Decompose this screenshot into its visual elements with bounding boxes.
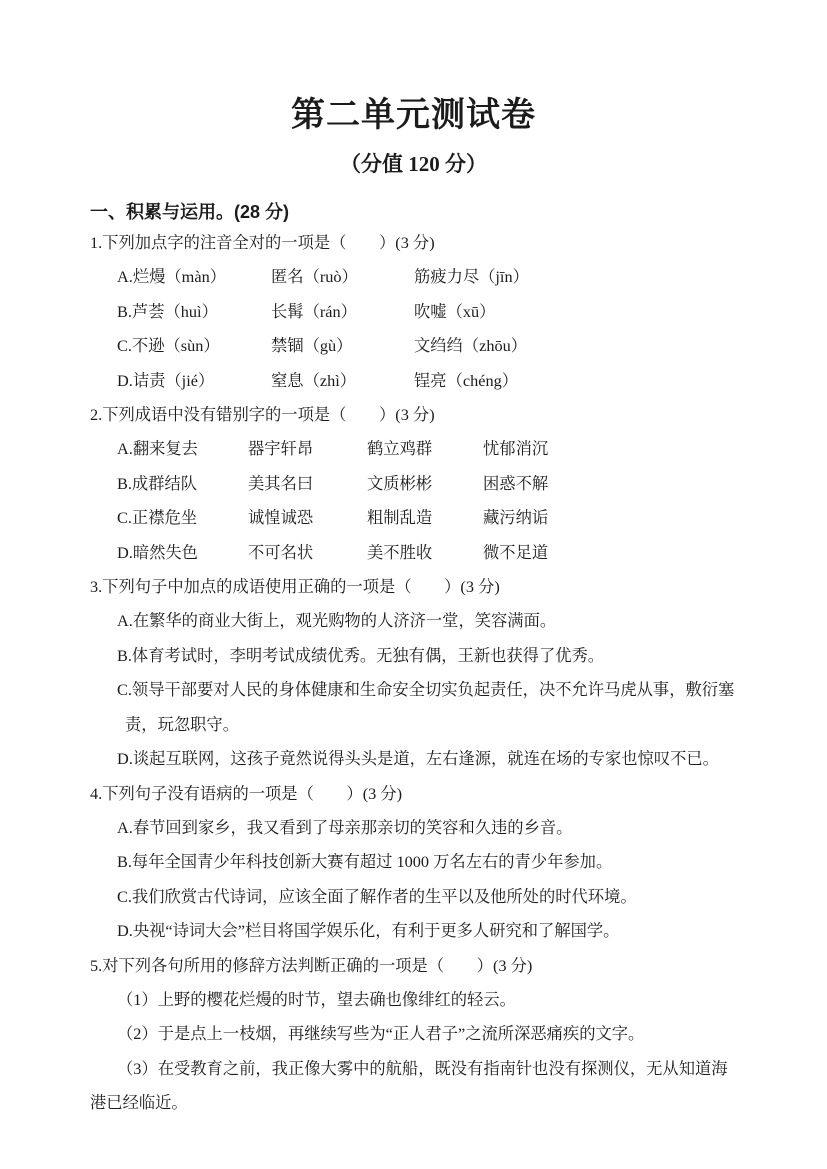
questions-block: 1.下列加点字的注音全对的一项是（ ）(3 分) A.烂熳（màn）匿名（ruò…: [90, 226, 737, 1121]
question-5: 5.对下列各句所用的修辞方法判断正确的一项是（ ）(3 分) （1）上野的樱花烂…: [90, 949, 737, 1121]
test-paper-page: 第二单元测试卷 （分值 120 分） 一、积累与运用。(28 分) 1.下列加点…: [0, 0, 827, 1169]
question-4-option-d: D.央视“诗词大会”栏目将国学娱乐化，有利于更多人研究和了解国学。: [90, 914, 737, 948]
option-cell: D.暗然失色: [117, 536, 248, 570]
option-cell: B.成群结队: [117, 467, 248, 501]
option-cell: 匿名（ruò）: [271, 260, 414, 294]
option-cell: 禁锢（gù）: [271, 329, 414, 363]
question-3-option-c: C.领导干部要对人民的身体健康和生命安全切实负起责任，决不允许马虎从事，敷衍塞责…: [90, 673, 737, 742]
option-cell: 困惑不解: [483, 467, 548, 501]
question-1-option-row-d: D.诘责（jié）窒息（zhì）锃亮（chéng）: [90, 364, 737, 398]
question-1: 1.下列加点字的注音全对的一项是（ ）(3 分) A.烂熳（màn）匿名（ruò…: [90, 226, 737, 398]
option-cell: 窒息（zhì）: [271, 364, 414, 398]
question-4-option-a: A.春节回到家乡，我又看到了母亲那亲切的笑容和久违的乡音。: [90, 811, 737, 845]
question-2-option-row-d: D.暗然失色不可名状美不胜收微不足道: [90, 536, 737, 570]
option-cell: 鹤立鸡群: [367, 432, 483, 466]
option-cell: 粗制乱造: [367, 501, 483, 535]
option-cell: C.不逊（sùn）: [117, 329, 271, 363]
option-cell: 微不足道: [483, 536, 548, 570]
option-cell: 忧郁消沉: [483, 432, 548, 466]
question-5-item-2: （2）于是点上一枝烟，再继续写些为“正人君子”之流所深恶痛疾的文字。: [90, 1017, 737, 1051]
question-1-option-row-c: C.不逊（sùn）禁锢（gù）文绉绉（zhōu）: [90, 329, 737, 363]
option-cell: 诚惶诚恐: [248, 501, 367, 535]
question-2-stem: 2.下列成语中没有错别字的一项是（ ）(3 分): [90, 398, 737, 432]
page-subtitle: （分值 120 分）: [90, 150, 737, 178]
question-5-stem: 5.对下列各句所用的修辞方法判断正确的一项是（ ）(3 分): [90, 949, 737, 983]
option-cell: 美不胜收: [367, 536, 483, 570]
question-2: 2.下列成语中没有错别字的一项是（ ）(3 分) A.翻来复去器宇轩昂鹤立鸡群忧…: [90, 398, 737, 570]
option-cell: C.正襟危坐: [117, 501, 248, 535]
question-3-option-a: A.在繁华的商业大街上，观光购物的人济济一堂，笑容满面。: [90, 604, 737, 638]
page-title: 第二单元测试卷: [90, 94, 737, 138]
question-1-option-row-b: B.芦荟（huì）长髯（rán）吹嘘（xū）: [90, 295, 737, 329]
option-cell: 文绉绉（zhōu）: [414, 329, 527, 363]
question-3: 3.下列句子中加点的成语使用正确的一项是（ ）(3 分) A.在繁华的商业大街上…: [90, 570, 737, 776]
option-cell: B.芦荟（huì）: [117, 295, 271, 329]
option-cell: 藏污纳诟: [483, 501, 548, 535]
question-3-stem: 3.下列句子中加点的成语使用正确的一项是（ ）(3 分): [90, 570, 737, 604]
option-cell: 筋疲力尽（jīn）: [414, 260, 529, 294]
question-4-stem: 4.下列句子没有语病的一项是（ ）(3 分): [90, 777, 737, 811]
question-5-item-3: （3）在受教育之前，我正像大雾中的航船，既没有指南针也没有探测仪，无从知道海港已…: [90, 1052, 737, 1121]
option-cell: D.诘责（jié）: [117, 364, 271, 398]
option-cell: 器宇轩昂: [248, 432, 367, 466]
question-1-stem: 1.下列加点字的注音全对的一项是（ ）(3 分): [90, 226, 737, 260]
question-5-item-1: （1）上野的樱花烂熳的时节，望去确也像绯红的轻云。: [90, 983, 737, 1017]
question-2-option-row-c: C.正襟危坐诚惶诚恐粗制乱造藏污纳诟: [90, 501, 737, 535]
option-cell: A.翻来复去: [117, 432, 248, 466]
question-3-option-b: B.体育考试时，李明考试成绩优秀。无独有偶，王新也获得了优秀。: [90, 639, 737, 673]
question-4-option-c: C.我们欣赏古代诗词，应该全面了解作者的生平以及他所处的时代环境。: [90, 880, 737, 914]
option-cell: A.烂熳（màn）: [117, 260, 271, 294]
question-4-option-b: B.每年全国青少年科技创新大赛有超过 1000 万名左右的青少年参加。: [90, 845, 737, 879]
option-cell: 文质彬彬: [367, 467, 483, 501]
section-heading: 一、积累与运用。(28 分): [90, 200, 737, 224]
option-cell: 不可名状: [248, 536, 367, 570]
option-cell: 吹嘘（xū）: [414, 295, 495, 329]
question-2-option-row-a: A.翻来复去器宇轩昂鹤立鸡群忧郁消沉: [90, 432, 737, 466]
option-cell: 长髯（rán）: [271, 295, 414, 329]
question-3-option-d: D.谈起互联网，这孩子竟然说得头头是道，左右逢源，就连在场的专家也惊叹不已。: [90, 742, 737, 776]
question-1-option-row-a: A.烂熳（màn）匿名（ruò）筋疲力尽（jīn）: [90, 260, 737, 294]
question-2-option-row-b: B.成群结队美其名曰文质彬彬困惑不解: [90, 467, 737, 501]
option-cell: 美其名曰: [248, 467, 367, 501]
option-cell: 锃亮（chéng）: [414, 364, 518, 398]
question-4: 4.下列句子没有语病的一项是（ ）(3 分) A.春节回到家乡，我又看到了母亲那…: [90, 777, 737, 949]
